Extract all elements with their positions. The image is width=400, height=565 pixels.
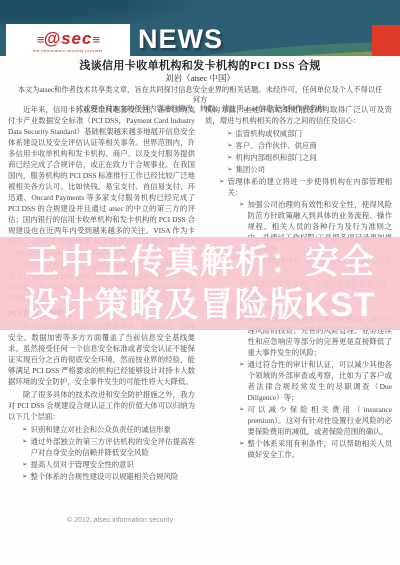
arrow-bullet-icon: ➢	[219, 176, 224, 198]
logo-lines-left-icon: ≡	[37, 32, 44, 47]
bullet-item: ➢ 通过符合性的审计和认证，可以减少其他各个领域的外部审查或考察，比如为了客户或…	[205, 359, 392, 403]
logo-lines-right-icon: ≡	[92, 32, 99, 47]
bullet-text: 整个体系采用有利条件，可以帮助相关人员做好安全工作。	[247, 438, 392, 460]
bullet-text: 集团公司	[235, 164, 392, 175]
atsec-brand-name: @sec	[44, 29, 93, 48]
bullet-item: ➢ 管理体系的建立将进一步使得机构在内部管理相关：	[205, 176, 392, 198]
arrow-bullet-icon: ➢	[22, 436, 27, 458]
arrow-bullet-icon: ➢	[239, 359, 244, 403]
bullet-text: 提高人员对于管理安全性的意识	[30, 459, 195, 470]
bullet-item: ➢ 客户、合作伙伴、供应商	[205, 140, 392, 151]
paragraph: 机构方面，上述评估结果更能使机构取得广泛认可及资质，增进与机构相关的各方之间的信…	[205, 104, 392, 126]
paragraph: PCI DSS 标准从信息安全管理体系、网络安全、物理安全、数据加密等多方方面覆…	[8, 321, 195, 387]
bullet-item: ➢ 识别和建立对社会和公众负责任的诚信形象	[8, 424, 195, 435]
author-line: 刘岩（atsec 中国）	[0, 72, 400, 84]
bullet-item: ➢ 整个体系的合规性建设可以规避相关合规风险	[8, 471, 195, 482]
bullet-item: ➢ 集团公司	[205, 164, 392, 175]
arrow-bullet-icon: ➢	[239, 404, 244, 437]
bullet-text: 机构内部组织和部门之间	[235, 152, 392, 163]
watermark-line-2: 设计策略及冒险版KST	[0, 284, 400, 327]
atsec-logo: ≡@sec≡ the information security provider	[6, 24, 130, 56]
bullet-item: ➢ 监管机构或权威部门	[205, 128, 392, 139]
page-title: 浅谈信用卡收单机构和发卡机构的PCI DSS 合规	[0, 57, 400, 73]
atsec-logo-text: ≡@sec≡	[37, 30, 99, 48]
arrow-bullet-icon: ➢	[227, 128, 232, 139]
paragraph: 近年来，信用卡行业安全问题备受关注，各界围绕支付卡产业数据安全标准（PCI DS…	[8, 104, 195, 258]
watermark-text: 王中王传真解析：安全 设计策略及冒险版KST	[0, 241, 400, 327]
banner-photo: ≡@sec≡ the information security provider…	[0, 0, 400, 56]
bullet-text: 监管机构或权威部门	[235, 128, 392, 139]
document-page: ≡@sec≡ the information security provider…	[0, 0, 400, 565]
bullet-text: 管理体系的建立将进一步使得机构在内部管理相关：	[227, 176, 392, 198]
bullet-item: ➢ 机构内部组织和部门之间	[205, 152, 392, 163]
bullet-text: 识别和建立对社会和公众负责任的诚信形象	[30, 424, 195, 435]
arrow-bullet-icon: ➢	[239, 438, 244, 460]
arrow-bullet-icon: ➢	[227, 140, 232, 151]
arrow-bullet-icon: ➢	[22, 459, 27, 470]
arrow-bullet-icon: ➢	[227, 164, 232, 175]
bullet-item: ➢ 提高人员对于管理安全性的意识	[8, 459, 195, 470]
bullet-text: 客户、合作伙伴、供应商	[235, 140, 392, 151]
bullet-item: ➢ 整个体系采用有利条件，可以帮助相关人员做好安全工作。	[205, 438, 392, 460]
copyright-footer: © 2012, atsec information security	[0, 517, 240, 524]
bullet-item: ➢ 可以减少保险相关费用（insurance premium）。这对有针对性设置…	[205, 404, 392, 437]
disclaimer-line-1: 本文为atsec和作者技术共享类文章，旨在共同探讨信息安全业界的相关话题。未经许…	[15, 85, 385, 104]
bullet-text: 通过符合性的审计和认证，可以减少其他各个领域的外部审查或考察，比如为了客户或者法…	[247, 359, 392, 403]
arrow-bullet-icon: ➢	[22, 471, 27, 482]
banner-red-block	[372, 25, 400, 56]
bullet-text: 通过外部独立的第三方评估机构的安全评估提高客户对自身安全的信赖并降低安全风险	[30, 436, 195, 458]
bullet-item: ➢ 通过外部独立的第三方评估机构的安全评估提高客户对自身安全的信赖并降低安全风险	[8, 436, 195, 458]
bullet-text: 可以减少保险相关费用（insurance premium）。这对有针对性设置行业…	[247, 404, 392, 437]
watermark-line-1: 王中王传真解析：安全	[0, 241, 400, 284]
bullet-text: 整个体系的合规性建设可以规避相关合规风险	[30, 471, 195, 482]
arrow-bullet-icon: ➢	[22, 424, 27, 435]
atsec-logo-tagline: the information security provider	[33, 48, 103, 53]
arrow-bullet-icon: ➢	[227, 152, 232, 163]
news-masthead: NEWS	[138, 25, 223, 53]
paragraph: 除了很多具体的技术改进和安全防护措施之外，我方对 PCI DSS 合规建设合规认…	[8, 389, 195, 422]
